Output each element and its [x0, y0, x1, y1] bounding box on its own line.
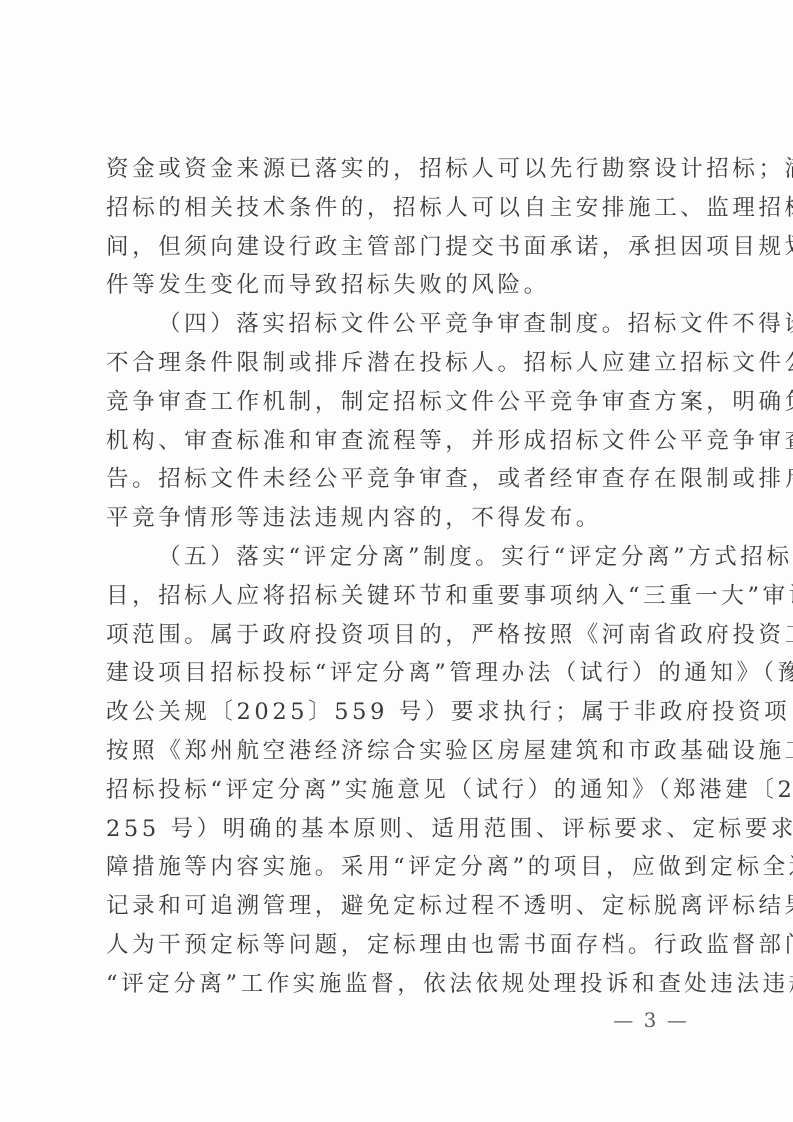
paragraph-line: “评定分离”工作实施监督，依法依规处理投诉和查处违法违规行	[106, 965, 694, 1004]
page-number: — 3 —	[606, 1008, 696, 1032]
paragraph-line: 平竞争情形等违法违规内容的，不得发布。	[106, 499, 694, 538]
paragraph-line: 障措施等内容实施。采用“评定分离”的项目，应做到定标全过程	[106, 848, 694, 887]
paragraph-line: 人为干预定标等问题，定标理由也需书面存档。行政监督部门对	[106, 926, 694, 965]
paragraph-line: 招标投标“评定分离”实施意见（试行）的通知》（郑港建〔2025〕	[106, 771, 694, 810]
paragraph-line: 间，但须向建设行政主管部门提交书面承诺，承担因项目规划条	[106, 228, 694, 267]
paragraph-line: 竞争审查工作机制，制定招标文件公平竞争审查方案，明确负责	[106, 383, 694, 422]
paragraph-line: 改公关规〔2025〕559 号）要求执行；属于非政府投资项目的，	[106, 693, 694, 732]
paragraph-line: 按照《郑州航空港经济综合实验区房屋建筑和市政基础设施工程	[106, 732, 694, 771]
paragraph-line: 255 号）明确的基本原则、适用范围、评标要求、定标要求、保	[106, 810, 694, 849]
document-body: 资金或资金来源已落实的，招标人可以先行勘察设计招标；满足 招标的相关技术条件的，…	[106, 150, 694, 1004]
paragraph-line: 项范围。属于政府投资项目的，严格按照《河南省政府投资工程	[106, 616, 694, 655]
paragraph-line: 机构、审查标准和审查流程等，并形成招标文件公平竞争审查报	[106, 422, 694, 461]
paragraph-line: 招标的相关技术条件的，招标人可以自主安排施工、监理招标时	[106, 189, 694, 228]
paragraph-line: 目，招标人应将招标关键环节和重要事项纳入“三重一大”审议事	[106, 577, 694, 616]
section-heading-line: （五）落实“评定分离”制度。实行“评定分离”方式招标的项	[106, 538, 694, 577]
paragraph-line: 建设项目招标投标“评定分离”管理办法（试行）的通知》（豫发	[106, 654, 694, 693]
section-heading-line: （四）落实招标文件公平竞争审查制度。招标文件不得设置	[106, 305, 694, 344]
paragraph-line: 件等发生变化而导致招标失败的风险。	[106, 266, 694, 305]
paragraph-line: 告。招标文件未经公平竞争审查，或者经审查存在限制或排斥公	[106, 460, 694, 499]
paragraph-line: 不合理条件限制或排斥潜在投标人。招标人应建立招标文件公平	[106, 344, 694, 383]
paragraph-line: 资金或资金来源已落实的，招标人可以先行勘察设计招标；满足	[106, 150, 694, 189]
document-page: 资金或资金来源已落实的，招标人可以先行勘察设计招标；满足 招标的相关技术条件的，…	[0, 0, 793, 1122]
paragraph-line: 记录和可追溯管理，避免定标过程不透明、定标脱离评标结果、	[106, 887, 694, 926]
